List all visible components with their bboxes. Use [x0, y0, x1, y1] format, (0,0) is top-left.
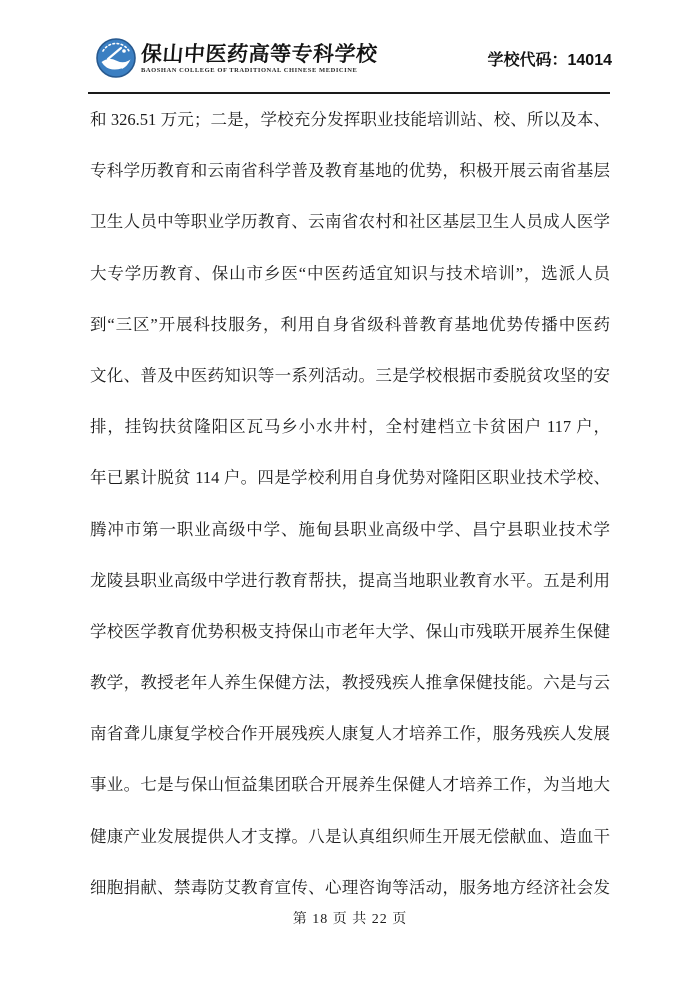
text-line: 龙陵县职业高级中学进行教育帮扶，提高当地职业教育水平。五是利用: [90, 555, 610, 606]
text-line: 学校医学教育优势积极支持保山市老年大学、保山市残联开展养生保健: [90, 606, 610, 657]
page-number: 第 18 页 共 22 页: [0, 908, 700, 928]
document-header: 保山中医药高等专科学校 BAOSHAN COLLEGE OF TRADITION…: [96, 36, 612, 80]
school-code-label: 学校代码：14014: [488, 47, 613, 70]
text-line: 文化、普及中医药知识等一系列活动。三是学校根据市委脱贫攻坚的安: [90, 350, 610, 401]
text-line: 南省聋儿康复学校合作开展残疾人康复人才培养工作，服务残疾人发展: [90, 708, 610, 759]
school-name: 保山中医药高等专科学校: [140, 43, 378, 65]
school-name-english: BAOSHAN COLLEGE OF TRADITIONAL CHINESE M…: [141, 67, 378, 74]
text-line: 教学，教授老年人养生保健方法，教授残疾人推拿保健技能。六是与云: [90, 657, 610, 708]
text-line: 事业。七是与保山恒益集团联合开展养生保健人才培养工作，为当地大: [90, 759, 610, 810]
text-line: 细胞捐献、禁毒防艾教育宣传、心理咨询等活动，服务地方经济社会发: [90, 862, 610, 913]
text-line: 专科学历教育和云南省科学普及教育基地的优势，积极开展云南省基层: [90, 145, 610, 196]
text-line: 大专学历教育、保山市乡医“中医药适宜知识与技术培训”，选派人员: [90, 248, 610, 299]
school-brand: 保山中医药高等专科学校 BAOSHAN COLLEGE OF TRADITION…: [96, 38, 378, 78]
text-line: 到“三区”开展科技服务，利用自身省级科普教育基地优势传播中医药: [90, 299, 610, 350]
text-line: 腾冲市第一职业高级中学、施甸县职业高级中学、昌宁县职业技术学校、: [90, 504, 610, 555]
text-line: 健康产业发展提供人才支撑。八是认真组织师生开展无偿献血、造血干: [90, 811, 610, 862]
body-text: 和 326.51 万元；二是，学校充分发挥职业技能培训站、校、所以及本、 专科学…: [90, 94, 610, 913]
school-logo-icon: [96, 38, 136, 78]
document-page: 保山中医药高等专科学校 BAOSHAN COLLEGE OF TRADITION…: [0, 0, 700, 990]
text-line: 卫生人员中等职业学历教育、云南省农村和社区基层卫生人员成人医学: [90, 196, 610, 247]
school-name-block: 保山中医药高等专科学校 BAOSHAN COLLEGE OF TRADITION…: [141, 43, 378, 74]
text-line: 和 326.51 万元；二是，学校充分发挥职业技能培训站、校、所以及本、: [90, 94, 610, 145]
text-line: 排，挂钩扶贫隆阳区瓦马乡小水井村，全村建档立卡贫困户 117 户，2017: [90, 401, 610, 452]
text-line: 年已累计脱贫 114 户。四是学校利用自身优势对隆阳区职业技术学校、: [90, 452, 610, 503]
